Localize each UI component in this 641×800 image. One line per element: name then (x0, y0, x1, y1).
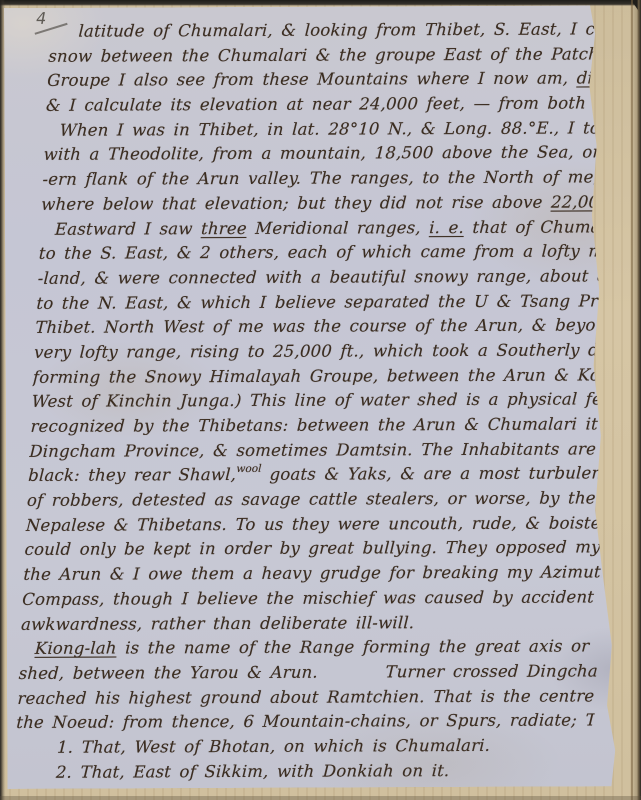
manuscript-line: When I was in Thibet, in lat. 28°10 N., … (44, 116, 623, 143)
handwritten-text: forming the Snowy Himalayah Groupe, betw… (33, 365, 629, 387)
page-number-value: 4 (36, 9, 46, 28)
underlined-text: i. e. (429, 217, 465, 236)
handwritten-text: -ern flank of the Arun valley. The range… (42, 167, 628, 189)
handwritten-text: latitude of Chumalari, & looking from Th… (78, 19, 628, 41)
manuscript-line: Thibet. North West of me was the course … (35, 314, 614, 341)
manuscript-line: recognized by the Thibetans: between the… (30, 412, 609, 439)
manuscript-line: Compass, though I believe the mischief w… (22, 585, 601, 612)
manuscript-line: Nepalese & Thibetans. To us they were un… (25, 511, 604, 538)
underlined-text: distant, 210 miles (576, 68, 628, 88)
manuscript-line: Groupe I also see from these Mountains w… (47, 67, 626, 94)
manuscript-line: Dingcham Province, & sometimes Damtsin. … (29, 437, 608, 464)
handwritten-text: to the N. East, & which I believe separa… (36, 291, 628, 313)
handwritten-text: to the S. East, & 2 others, each of whic… (38, 241, 628, 263)
handwritten-text: Thibet. North West of me was the course … (35, 315, 628, 337)
handwritten-text: goats & Yaks, & are a most turbulent rac… (261, 464, 628, 485)
handwritten-text: When I was in Thibet, in lat. 28°10 N., … (59, 118, 628, 140)
backing-page-crease (631, 0, 633, 800)
inserted-word: wool (236, 457, 262, 482)
manuscript-line: -ern flank of the Arun valley. The range… (42, 165, 621, 192)
page-number: 4 (36, 9, 46, 28)
handwritten-text: & I calculate its elevation at near 24,0… (46, 93, 629, 115)
handwritten-text: awkwardness, rather than deliberate ill-… (21, 613, 415, 634)
manuscript-line: Eastward I saw three Meridional ranges, … (39, 215, 618, 242)
handwritten-text: Dingcham Province, & sometimes Damtsin. … (29, 439, 628, 461)
handwritten-text: 2. That, East of Sikkim, with Donkiah on… (56, 761, 450, 782)
handwritten-text: very lofty range, rising to 25,000 ft., … (34, 340, 628, 362)
manuscript-line: the Noeud: from thence, 6 Mountain-chain… (16, 709, 595, 736)
underlined-text: 22,000 ft (551, 192, 629, 211)
handwritten-text: black: they rear Shawl, (28, 465, 237, 485)
handwritten-text: Nepalese & Thibetans. To us they were un… (25, 513, 628, 535)
handwritten-text: West of Kinchin Junga.) This line of wat… (31, 389, 628, 411)
handwritten-text: snow between the Chumalari & the groupe … (48, 44, 628, 66)
manuscript-line: -land, & were connected with a beautiful… (37, 264, 616, 291)
handwritten-text: 1. That, West of Bhotan, on which is Chu… (57, 736, 491, 757)
manuscript-line: 1. That, West of Bhotan, on which is Chu… (15, 733, 594, 760)
manuscript-line: could only be kept in order by great bul… (24, 536, 603, 563)
manuscript-line: snow between the Chumalari & the groupe … (48, 42, 627, 69)
handwritten-text: with a Theodolite, from a mountain, 18,5… (43, 142, 628, 164)
handwritten-text: that of Chumalari (464, 217, 628, 237)
underlined-text: Kiong-lah (34, 639, 117, 658)
underlined-text: three (201, 218, 248, 237)
manuscript-line: 2. That, East of Sikkim, with Donkiah on… (13, 758, 592, 785)
manuscript-line: black: they rear Shawl,wool goats & Yaks… (28, 462, 607, 489)
handwritten-text: -land, & were connected with a beautiful… (37, 266, 628, 288)
manuscript-line: to the N. East, & which I believe separa… (36, 289, 615, 316)
manuscript-line: West of Kinchin Junga.) This line of wat… (31, 388, 610, 415)
handwritten-text: shed, between the Yarou & Arun. Turner c… (18, 661, 628, 683)
handwritten-text: recognized by the Thibetans: between the… (30, 414, 628, 436)
manuscript-line: very lofty range, rising to 25,000 ft., … (34, 338, 613, 365)
handwritten-text: the Noeud: from thence, 6 Mountain-chain… (16, 710, 628, 732)
manuscript-line: where below that elevation; but they did… (41, 190, 620, 217)
photo-edge-left (0, 0, 5, 800)
photo-edge-right (637, 0, 641, 800)
manuscript-line: latitude of Chumalari, & looking from Th… (49, 17, 628, 44)
handwritten-text: Compass, though I believe the mischief w… (22, 587, 618, 609)
handwritten-text: could only be kept in order by great bul… (24, 537, 628, 559)
photo-edge-top (0, 0, 641, 6)
handwritten-text: of robbers, detested as savage cattle st… (27, 488, 629, 510)
handwritten-text: Groupe I also see from these Mountains w… (47, 69, 577, 90)
handwritten-text: reached his highest ground about Ramtchi… (17, 686, 620, 708)
manuscript-line: to the S. East, & 2 others, each of whic… (38, 240, 617, 267)
manuscript-line: & I calculate its elevation at near 24,0… (45, 91, 624, 118)
manuscript-line: with a Theodolite, from a mountain, 18,5… (43, 141, 622, 168)
handwritten-text: is the name of the Range forming the gre… (116, 636, 628, 657)
manuscript-line: of robbers, detested as savage cattle st… (26, 486, 605, 513)
handwritten-text: the Arun & I owe them a heavy grudge for… (23, 562, 612, 584)
manuscript-line: reached his highest ground about Ramtchi… (17, 684, 596, 711)
manuscript-line: Kiong-lah is the name of the Range formi… (19, 635, 598, 662)
handwritten-text: where below that elevation; but they did… (41, 192, 552, 213)
photo-edge-bottom (0, 796, 641, 800)
manuscript-line: shed, between the Yarou & Arun. Turner c… (18, 659, 597, 686)
manuscript-line: the Arun & I owe them a heavy grudge for… (23, 561, 602, 588)
manuscript-text: latitude of Chumalari, & looking from Th… (13, 17, 628, 786)
manuscript-line: forming the Snowy Himalayah Groupe, betw… (32, 363, 611, 390)
handwritten-text: Eastward I saw (55, 219, 202, 239)
manuscript-page: 4 latitude of Chumalari, & looking from … (4, 5, 619, 789)
manuscript-line: awkwardness, rather than deliberate ill-… (20, 610, 599, 637)
handwritten-text: Meridional ranges, (246, 218, 429, 238)
